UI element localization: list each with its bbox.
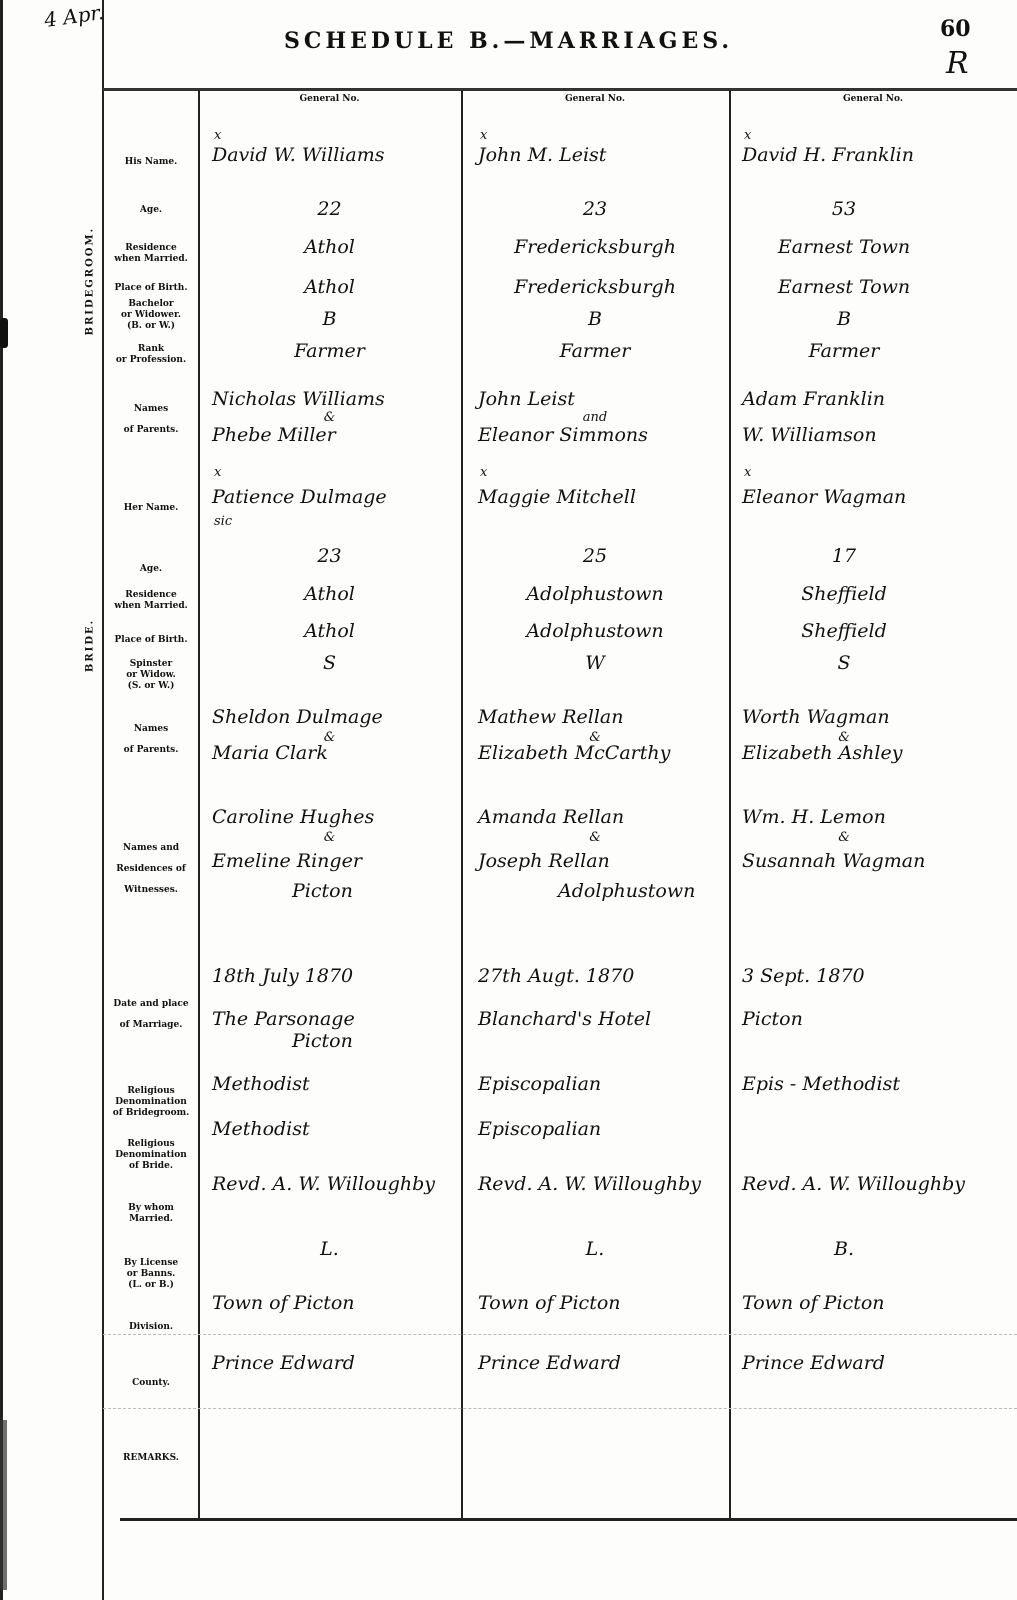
record-3-witness-1: Wm. H. Lemon (742, 806, 886, 828)
record-1-groom-parents-and: & (198, 410, 461, 425)
binding-mark (0, 318, 8, 348)
record-3-groom-name: David H. Franklin (742, 144, 914, 166)
record-1-groom-profession: Farmer (198, 340, 461, 362)
label-age: Age. (106, 205, 196, 216)
label-bride-residence: Residencewhen Married. (106, 590, 196, 612)
record-3-bride-parents-2: Elizabeth Ashley (742, 742, 902, 764)
record-3-witness-2: Susannah Wagman (742, 850, 925, 872)
record-1-license: L. (198, 1238, 461, 1260)
record-2-license: L. (461, 1238, 729, 1260)
record-2-bride-birthplace: Adolphustown (461, 620, 729, 642)
record-1-groom-age: 22 (198, 198, 461, 220)
record-1-witness-residence: Picton (292, 880, 353, 902)
label-bride-birthplace: Place of Birth. (106, 635, 196, 646)
label-date-place: Date and placeof Marriage. (106, 999, 196, 1031)
record-1-county: Prince Edward (212, 1352, 355, 1374)
record-2-bride-age: 25 (461, 545, 729, 567)
record-2-place-1: Blanchard's Hotel (478, 1008, 651, 1030)
record-1-groom-status: B (198, 308, 461, 330)
record-3-license: B. (729, 1238, 959, 1260)
label-license: By Licenseor Banns.(L. or B.) (106, 1258, 196, 1291)
label-her-name: Her Name. (106, 503, 196, 514)
record-1-groom-parents-1: Nicholas Williams (212, 388, 385, 410)
row-divider (103, 1334, 1017, 1336)
label-birthplace: Place of Birth. (106, 283, 196, 294)
column-divider (461, 90, 463, 1520)
record-1-mark: x (214, 128, 221, 143)
record-2-groom-birthplace: Fredericksburgh (461, 276, 729, 298)
record-1-groom-residence: Athol (198, 236, 461, 258)
folio-number: 60 (940, 16, 971, 42)
record-2-witness-residence: Adolphustown (558, 880, 695, 902)
record-1-relig-bride: Methodist (212, 1118, 310, 1140)
label-bachelor: Bacheloror Widower.(B. or W.) (106, 299, 196, 332)
record-2-groom-profession: Farmer (461, 340, 729, 362)
record-2-groom-parents-2: Eleanor Simmons (478, 424, 648, 446)
label-relig-bride: ReligiousDenominationof Bride. (106, 1139, 196, 1172)
record-3-bride-name: Eleanor Wagman (742, 486, 906, 508)
page-title: SCHEDULE B.—MARRIAGES. (0, 28, 1017, 54)
record-3-officiant: Revd. A. W. Willoughby (742, 1173, 965, 1195)
record-2-date: 27th Augt. 1870 (478, 965, 634, 987)
record-1-bride-status: S (198, 652, 461, 674)
record-3-groom-age: 53 (729, 198, 959, 220)
record-2-witness-and: & (461, 830, 729, 845)
record-3-bride-residence: Sheffield (729, 583, 959, 605)
label-his-name: His Name. (106, 157, 196, 168)
record-1-bride-name-note: sic (214, 514, 232, 529)
record-1-division: Town of Picton (212, 1292, 355, 1314)
label-county: County. (106, 1378, 196, 1389)
label-spinster: Spinsteror Widow.(S. or W.) (106, 659, 196, 692)
record-3-bride-mark: x (744, 465, 751, 480)
record-2-division: Town of Picton (478, 1292, 621, 1314)
folio-mark: R (946, 46, 969, 81)
record-2-bride-status: W (461, 652, 729, 674)
record-1-relig-groom: Methodist (212, 1073, 310, 1095)
record-2-groom-age: 23 (461, 198, 729, 220)
row-divider (103, 1408, 1017, 1410)
record-3-groom-status: B (729, 308, 959, 330)
record-3-witness-and: & (729, 830, 959, 845)
binding-mark (0, 1420, 7, 1590)
record-2-groom-residence: Fredericksburgh (461, 236, 729, 258)
record-1-officiant: Revd. A. W. Willoughby (212, 1173, 435, 1195)
record-2-bride-residence: Adolphustown (461, 583, 729, 605)
record-3-division: Town of Picton (742, 1292, 885, 1314)
label-relig-groom: ReligiousDenominationof Bridegroom. (106, 1086, 196, 1119)
record-3-bride-status: S (729, 652, 959, 674)
section-label-bridegroom: BRIDEGROOM. (85, 236, 96, 336)
label-rank: Rankor Profession. (106, 344, 196, 366)
record-2-groom-parents-1: John Leist (478, 388, 575, 410)
record-3-relig-groom: Epis - Methodist (742, 1073, 900, 1095)
record-2-groom-status: B (461, 308, 729, 330)
record-1-place-2: Picton (292, 1030, 353, 1052)
general-no-header: General No. (729, 94, 1017, 104)
label-residence: Residencewhen Married. (106, 243, 196, 265)
record-1-bride-age: 23 (198, 545, 461, 567)
record-3-groom-birthplace: Earnest Town (729, 276, 959, 298)
record-2-relig-bride: Episcopalian (478, 1118, 601, 1140)
column-divider (729, 90, 731, 1520)
label-division: Division. (106, 1322, 196, 1333)
general-no-header: General No. (198, 94, 461, 104)
record-1-bride-name: Patience Dulmage (212, 486, 387, 508)
record-2-officiant: Revd. A. W. Willoughby (478, 1173, 701, 1195)
record-1-groom-birthplace: Athol (198, 276, 461, 298)
record-3-bride-parents-1: Worth Wagman (742, 706, 890, 728)
footer-rule (120, 1518, 1017, 1521)
header-rule (103, 88, 1017, 91)
label-bride-parents: Namesof Parents. (106, 724, 196, 756)
record-1-bride-birthplace: Athol (198, 620, 461, 642)
record-3-county: Prince Edward (742, 1352, 885, 1374)
record-2-witness-2: Joseph Rellan (478, 850, 610, 872)
record-1-date: 18th July 1870 (212, 965, 353, 987)
table-left-border (102, 0, 104, 1600)
record-3-groom-parents-1: Adam Franklin (742, 388, 885, 410)
record-2-bride-parents-2: Elizabeth McCarthy (478, 742, 670, 764)
label-by-whom: By whomMarried. (106, 1203, 196, 1225)
record-2-witness-1: Amanda Rellan (478, 806, 624, 828)
record-2-bride-name: Maggie Mitchell (478, 486, 636, 508)
record-2-mark: x (480, 128, 487, 143)
record-2-bride-parents-1: Mathew Rellan (478, 706, 623, 728)
record-1-bride-residence: Athol (198, 583, 461, 605)
record-2-groom-name: John M. Leist (478, 144, 606, 166)
label-bride-age: Age. (106, 564, 196, 575)
record-1-witness-2: Emeline Ringer (212, 850, 362, 872)
record-1-bride-parents-1: Sheldon Dulmage (212, 706, 383, 728)
record-1-groom-name: David W. Williams (212, 144, 384, 166)
page-edge (0, 0, 3, 1600)
record-1-place-1: The Parsonage (212, 1008, 355, 1030)
record-2-county: Prince Edward (478, 1352, 621, 1374)
record-1-witness-and: & (198, 830, 461, 845)
record-1-bride-parents-2: Maria Clark (212, 742, 328, 764)
section-label-bride: BRIDE. (85, 616, 96, 676)
label-groom-parents: Namesof Parents. (106, 404, 196, 436)
record-3-groom-profession: Farmer (729, 340, 959, 362)
record-3-place-1: Picton (742, 1008, 803, 1030)
record-2-groom-parents-and: and (461, 410, 729, 425)
record-3-mark: x (744, 128, 751, 143)
label-witnesses: Names andResidences ofWitnesses. (106, 843, 196, 896)
record-3-groom-parents-2: W. Williamson (742, 424, 877, 446)
record-1-groom-parents-2: Phebe Miller (212, 424, 336, 446)
record-2-bride-mark: x (480, 465, 487, 480)
record-2-relig-groom: Episcopalian (478, 1073, 601, 1095)
record-1-witness-1: Caroline Hughes (212, 806, 374, 828)
record-3-bride-age: 17 (729, 545, 959, 567)
record-3-groom-residence: Earnest Town (729, 236, 959, 258)
record-3-date: 3 Sept. 1870 (742, 965, 865, 987)
label-remarks: REMARKS. (106, 1453, 196, 1464)
record-1-bride-mark: x (214, 465, 221, 480)
record-3-bride-birthplace: Sheffield (729, 620, 959, 642)
general-no-header: General No. (461, 94, 729, 104)
column-divider (198, 90, 200, 1520)
